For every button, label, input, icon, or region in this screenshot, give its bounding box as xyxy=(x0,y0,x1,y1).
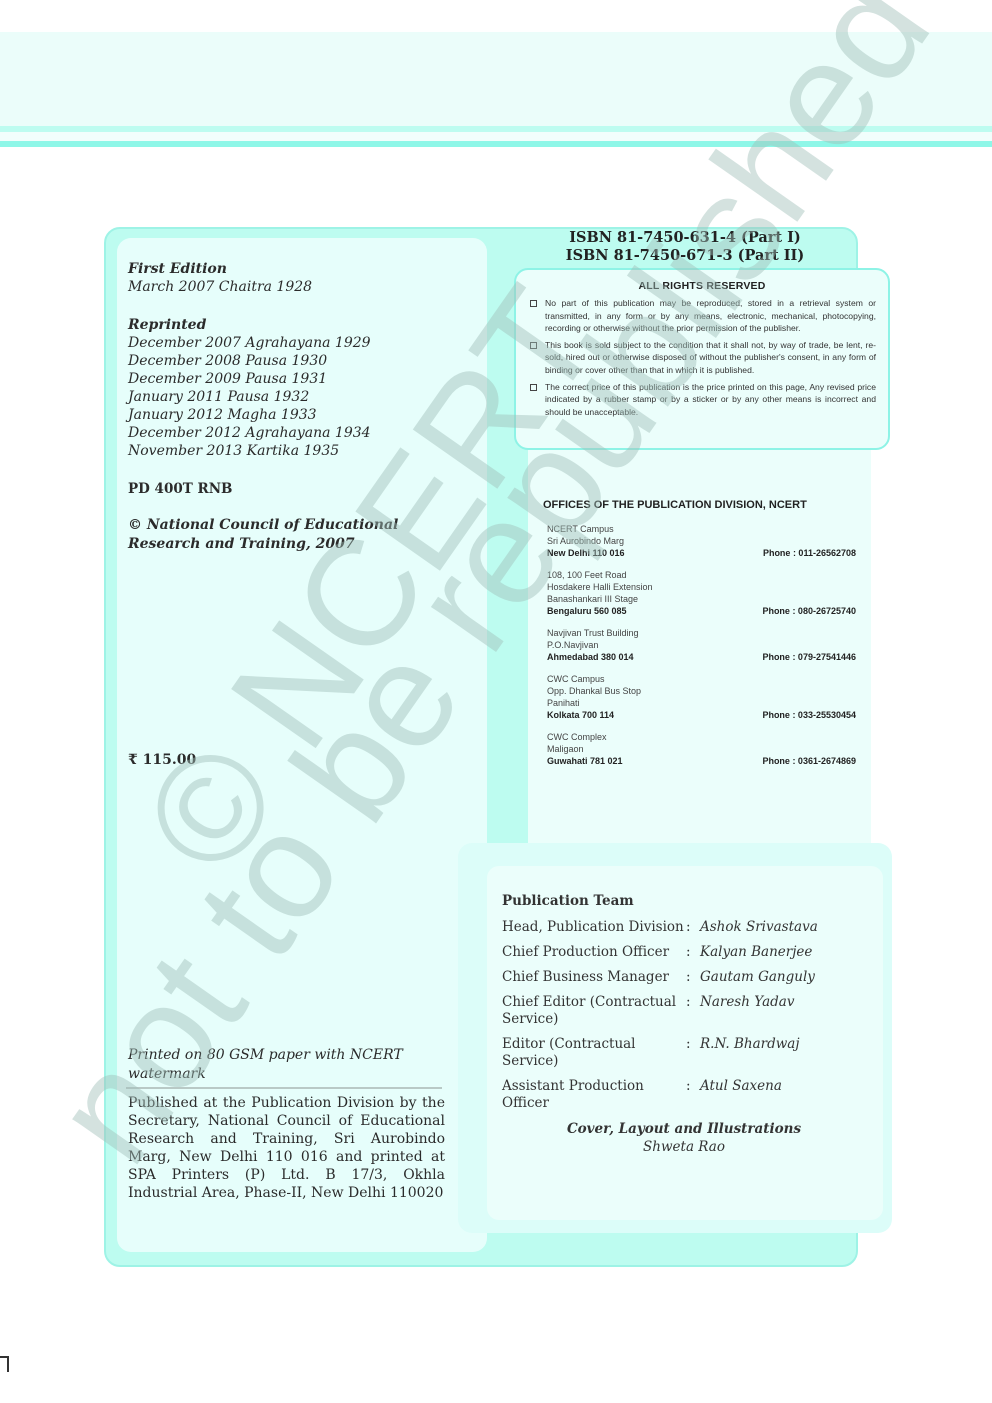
office-address-line: Hosdakere Halli Extension xyxy=(547,581,858,593)
first-edition-label: First Edition xyxy=(128,260,448,278)
isbn-part-1: ISBN 81-7450-631-4 (Part I) xyxy=(540,229,830,247)
team-member-name: Naresh Yadav xyxy=(700,994,794,1028)
office-phone: Phone : 033-25530454 xyxy=(762,709,856,721)
price: ₹ 115.00 xyxy=(128,752,196,768)
reprint-entry: December 2012 Agrahayana 1934 xyxy=(128,424,448,442)
team-member-row: Chief Editor (Contractual Service):Nares… xyxy=(502,994,872,1028)
checkbox-bullet-icon xyxy=(530,384,537,391)
team-role: Chief Editor (Contractual Service) xyxy=(502,994,686,1028)
header-band xyxy=(0,32,992,126)
office-phone: Phone : 011-26562708 xyxy=(763,547,856,559)
checkbox-bullet-icon xyxy=(530,300,537,307)
team-member-row: Chief Business Manager:Gautam Ganguly xyxy=(502,969,872,986)
pd-code: PD 400T RNB xyxy=(128,481,232,497)
separator: : xyxy=(686,1036,700,1070)
office-entry: CWC CampusOpp. Dhankal Bus StopPanihatiK… xyxy=(547,673,858,721)
rights-item: No part of this publication may be repro… xyxy=(528,297,876,335)
header-stripe xyxy=(0,132,992,141)
isbn-block: ISBN 81-7450-631-4 (Part I) ISBN 81-7450… xyxy=(540,229,830,265)
reprint-list: December 2007 Agrahayana 1929December 20… xyxy=(128,334,448,460)
office-entry: CWC ComplexMaligaonGuwahati 781 021Phone… xyxy=(547,731,858,767)
team-member-row: Head, Publication Division:Ashok Srivast… xyxy=(502,919,872,936)
team-member-name: Ashok Srivastava xyxy=(700,919,818,936)
rights-item: This book is sold subject to the conditi… xyxy=(528,339,876,377)
separator: : xyxy=(686,919,700,936)
rights-list: No part of this publication may be repro… xyxy=(528,297,876,418)
offices-section: OFFICES OF THE PUBLICATION DIVISION, NCE… xyxy=(543,498,858,767)
team-member-name: Atul Saxena xyxy=(700,1078,782,1112)
office-phone: Phone : 0361-2674869 xyxy=(762,755,856,767)
office-address-line: CWC Campus xyxy=(547,673,858,685)
team-member-row: Chief Production Officer:Kalyan Banerjee xyxy=(502,944,872,961)
office-phone: Phone : 080-26725740 xyxy=(762,605,856,617)
separator: : xyxy=(686,1078,700,1112)
office-address-line: 108, 100 Feet Road xyxy=(547,569,858,581)
rights-item: The correct price of this publication is… xyxy=(528,381,876,419)
team-member-row: Editor (Contractual Service):R.N. Bhardw… xyxy=(502,1036,872,1070)
office-address-line: Maligaon xyxy=(547,743,858,755)
checkbox-bullet-icon xyxy=(530,342,537,349)
office-list: NCERT CampusSri Aurobindo MargNew Delhi … xyxy=(543,523,858,767)
office-address-line: NCERT Campus xyxy=(547,523,858,535)
team-member-row: Assistant Production Officer:Atul Saxena xyxy=(502,1078,872,1112)
office-address-line: Panihati xyxy=(547,697,858,709)
team-role: Assistant Production Officer xyxy=(502,1078,686,1112)
separator: : xyxy=(686,969,700,986)
credit-name: Shweta Rao xyxy=(496,1138,872,1156)
team-member-name: R.N. Bhardwaj xyxy=(700,1036,800,1070)
office-entry: 108, 100 Feet RoadHosdakere Halli Extens… xyxy=(547,569,858,617)
publication-team: Publication Team Head, Publication Divis… xyxy=(502,893,872,1156)
office-entry: NCERT CampusSri Aurobindo MargNew Delhi … xyxy=(547,523,858,559)
office-address-line: CWC Complex xyxy=(547,731,858,743)
isbn-part-2: ISBN 81-7450-671-3 (Part II) xyxy=(540,247,830,265)
office-address-line: Navjivan Trust Building xyxy=(547,627,858,639)
crop-mark-bottom-left xyxy=(0,1356,9,1372)
office-address-line: Opp. Dhankal Bus Stop xyxy=(547,685,858,697)
edition-history: First Edition March 2007 Chaitra 1928 Re… xyxy=(128,260,448,460)
reprint-entry: December 2009 Pausa 1931 xyxy=(128,370,448,388)
team-title: Publication Team xyxy=(502,893,872,909)
published-note: Published at the Publication Division by… xyxy=(128,1094,445,1202)
office-entry: Navjivan Trust BuildingP.O.NavjivanAhmed… xyxy=(547,627,858,663)
reprinted-label: Reprinted xyxy=(128,316,448,334)
separator: : xyxy=(686,994,700,1028)
divider xyxy=(126,1087,442,1089)
team-role: Chief Production Officer xyxy=(502,944,686,961)
office-phone: Phone : 079-27541446 xyxy=(762,651,856,663)
reprint-entry: December 2007 Agrahayana 1929 xyxy=(128,334,448,352)
copyright-notice: © National Council of Educational Resear… xyxy=(128,516,448,554)
team-member-name: Gautam Ganguly xyxy=(700,969,815,986)
office-address-line: P.O.Navjivan xyxy=(547,639,858,651)
header-stripe xyxy=(0,141,992,147)
team-role: Editor (Contractual Service) xyxy=(502,1036,686,1070)
reprint-entry: January 2011 Pausa 1932 xyxy=(128,388,448,406)
team-member-name: Kalyan Banerjee xyxy=(700,944,812,961)
first-edition-date: March 2007 Chaitra 1928 xyxy=(128,278,448,296)
rights-reserved-box: ALL RIGHTS RESERVED No part of this publ… xyxy=(514,268,890,450)
printed-note: Printed on 80 GSM paper with NCERT water… xyxy=(128,1046,428,1084)
credit-title: Cover, Layout and Illustrations xyxy=(496,1120,872,1138)
separator: : xyxy=(686,944,700,961)
team-role: Chief Business Manager xyxy=(502,969,686,986)
team-credit: Cover, Layout and Illustrations Shweta R… xyxy=(496,1120,872,1156)
office-address-line: Sri Aurobindo Marg xyxy=(547,535,858,547)
reprint-entry: January 2012 Magha 1933 xyxy=(128,406,448,424)
team-list: Head, Publication Division:Ashok Srivast… xyxy=(502,919,872,1112)
reprint-entry: November 2013 Kartika 1935 xyxy=(128,442,448,460)
team-role: Head, Publication Division xyxy=(502,919,686,936)
rights-title: ALL RIGHTS RESERVED xyxy=(516,280,888,292)
office-address-line: Banashankari III Stage xyxy=(547,593,858,605)
offices-title: OFFICES OF THE PUBLICATION DIVISION, NCE… xyxy=(543,498,858,513)
reprint-entry: December 2008 Pausa 1930 xyxy=(128,352,448,370)
